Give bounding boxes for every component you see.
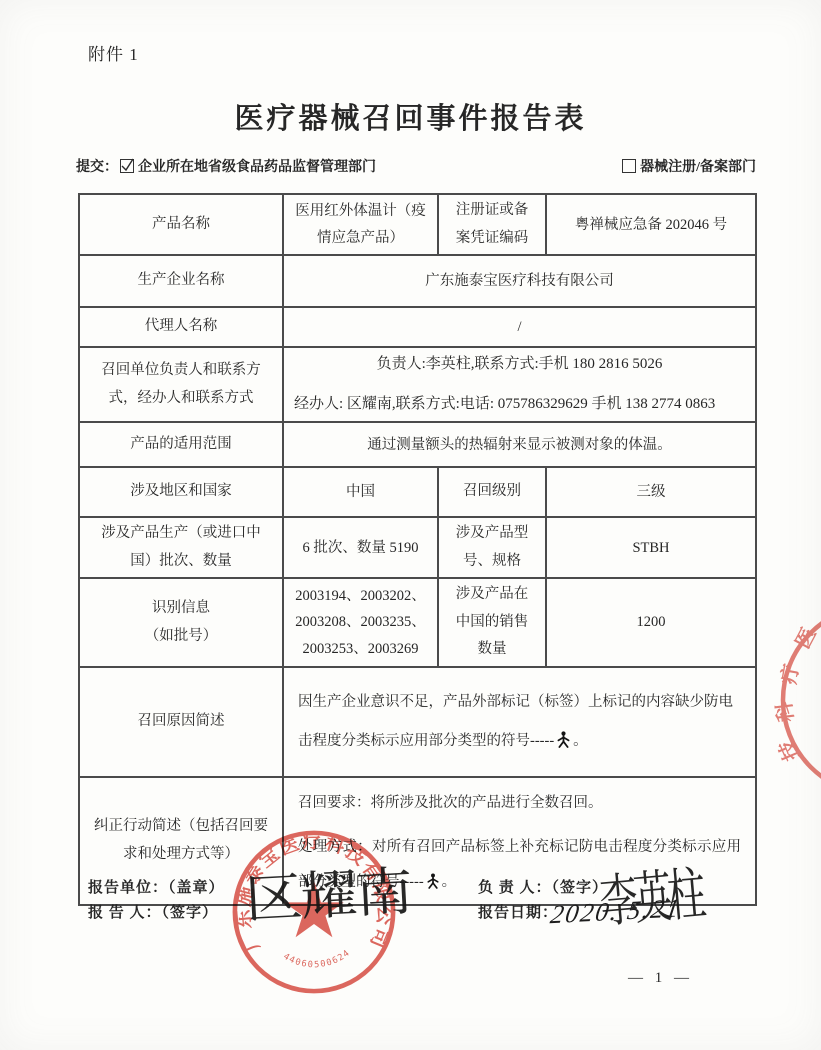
- report-unit-label: 报告单位：（盖章）: [88, 876, 225, 901]
- contacts-label: 召回单位负责人和联系方式，经办人和联系方式: [79, 347, 283, 422]
- submit-option2-label: 器械注册/备案部门: [640, 156, 756, 176]
- recall-level-value: 三级: [546, 467, 756, 517]
- recall-requirement-text: 召回要求：将所涉及批次的产品进行全数召回。: [298, 790, 741, 816]
- scope-value: 通过测量额头的热辐射来显示被测对象的体温。: [283, 422, 756, 467]
- batches-qty-value: 6 批次、数量 5190: [283, 517, 438, 578]
- partial-seal-char: 技: [774, 737, 804, 765]
- identification-label-line2: （如批号）: [92, 623, 270, 651]
- table-row: 涉及产品生产（或进口中国）批次、数量 6 批次、数量 5190 涉及产品型号、规…: [79, 517, 756, 578]
- table-row: 召回原因简述 因生产企业意识不足，产品外部标记（标签）上标记的内容缺少防电击程度…: [79, 667, 756, 777]
- table-row: 识别信息 （如批号） 2003194、2003202、2003208、20032…: [79, 578, 756, 667]
- handler-contact: 经办人: 区耀南,联系方式:电话: 075786329629 手机 138 27…: [294, 391, 745, 418]
- manufacturer-label: 生产企业名称: [79, 255, 283, 307]
- reporter-signature-handwriting: 区耀南: [243, 849, 412, 933]
- china-sales-label: 涉及产品在中国的销售数量: [438, 578, 546, 667]
- page-number: — 1 —: [628, 970, 693, 987]
- contacts-value: 负责人:李英柱,联系方式:手机 180 2816 5026 经办人: 区耀南,联…: [283, 347, 756, 422]
- reporter-label: 报 告 人：（签字）: [88, 901, 225, 926]
- table-row: 产品名称 医用红外体温计（疫情应急产品） 注册证或备案凭证编码 粤禅械应急备 2…: [79, 194, 756, 255]
- model-spec-label: 涉及产品型号、规格: [438, 517, 546, 578]
- recall-reason-punct: 。: [573, 733, 588, 749]
- partial-seal-right: 医 疗 科 技: [760, 555, 821, 855]
- table-row: 召回单位负责人和联系方式，经办人和联系方式 负责人:李英柱,联系方式:手机 18…: [79, 347, 756, 422]
- regions-value: 中国: [283, 467, 438, 517]
- table-row: 涉及地区和国家 中国 召回级别 三级: [79, 467, 756, 517]
- agent-label: 代理人名称: [79, 307, 283, 347]
- scope-label: 产品的适用范围: [79, 422, 283, 467]
- recall-report-table: 产品名称 医用红外体温计（疫情应急产品） 注册证或备案凭证编码 粤禅械应急备 2…: [78, 193, 757, 906]
- partial-seal-char: 科: [772, 700, 798, 724]
- model-spec-value: STBH: [546, 517, 756, 578]
- attachment-label: 附件 1: [88, 40, 139, 65]
- type-b-applied-part-icon: [426, 873, 440, 889]
- product-name-label: 产品名称: [79, 194, 283, 255]
- submit-option-provincial: 提交： 企业所在地省级食品药品监督管理部门: [76, 156, 376, 176]
- agent-value: /: [283, 307, 756, 347]
- regions-label: 涉及地区和国家: [79, 467, 283, 517]
- table-row: 生产企业名称 广东施泰宝医疗科技有限公司: [79, 255, 756, 307]
- footer-left-block: 报告单位：（盖章） 报 告 人：（签字）: [88, 876, 225, 926]
- recall-reason-label: 召回原因简述: [79, 667, 283, 777]
- submit-option-registration: 器械注册/备案部门: [621, 156, 756, 176]
- recall-reason-value: 因生产企业意识不足，产品外部标记（标签）上标记的内容缺少防电击程度分类标示应用部…: [283, 667, 756, 777]
- table-row: 产品的适用范围 通过测量额头的热辐射来显示被测对象的体温。: [79, 422, 756, 467]
- submit-label: 提交：: [76, 156, 118, 176]
- batch-numbers-value: 2003194、2003202、2003208、2003235、2003253、…: [283, 578, 438, 667]
- product-name-value: 医用红外体温计（疫情应急产品）: [283, 194, 438, 255]
- submit-option1-label: 企业所在地省级食品药品监督管理部门: [138, 156, 376, 176]
- responsible-contact: 负责人:李英柱,联系方式:手机 180 2816 5026: [294, 351, 745, 378]
- registration-no-label: 注册证或备案凭证编码: [438, 194, 546, 255]
- partial-seal-char: 疗: [776, 662, 803, 686]
- registration-no-value: 粤禅械应急备 202046 号: [546, 194, 756, 255]
- identification-label: 识别信息 （如批号）: [79, 578, 283, 667]
- batches-qty-label: 涉及产品生产（或进口中国）批次、数量: [79, 517, 283, 578]
- recall-level-label: 召回级别: [438, 467, 546, 517]
- identification-label-line1: 识别信息: [92, 595, 270, 623]
- submit-line: 提交： 企业所在地省级食品药品监督管理部门 器械注册/备案部门: [76, 156, 756, 176]
- type-b-applied-part-icon: [556, 731, 571, 748]
- china-sales-value: 1200: [546, 578, 756, 667]
- checkbox-checked-icon: [120, 159, 134, 173]
- scanned-report-page: 附件 1 医疗器械召回事件报告表 提交： 企业所在地省级食品药品监督管理部门 器…: [0, 0, 821, 1050]
- recall-reason-text: 因生产企业意识不足，产品外部标记（标签）上标记的内容缺少防电击程度分类标示应用部…: [298, 694, 733, 749]
- handling-method-punct: 。: [442, 874, 457, 890]
- page-title: 医疗器械召回事件报告表: [0, 96, 821, 137]
- manufacturer-value: 广东施泰宝医疗科技有限公司: [283, 255, 756, 307]
- checkbox-unchecked-icon: [622, 159, 636, 173]
- table-row: 代理人名称 /: [79, 307, 756, 347]
